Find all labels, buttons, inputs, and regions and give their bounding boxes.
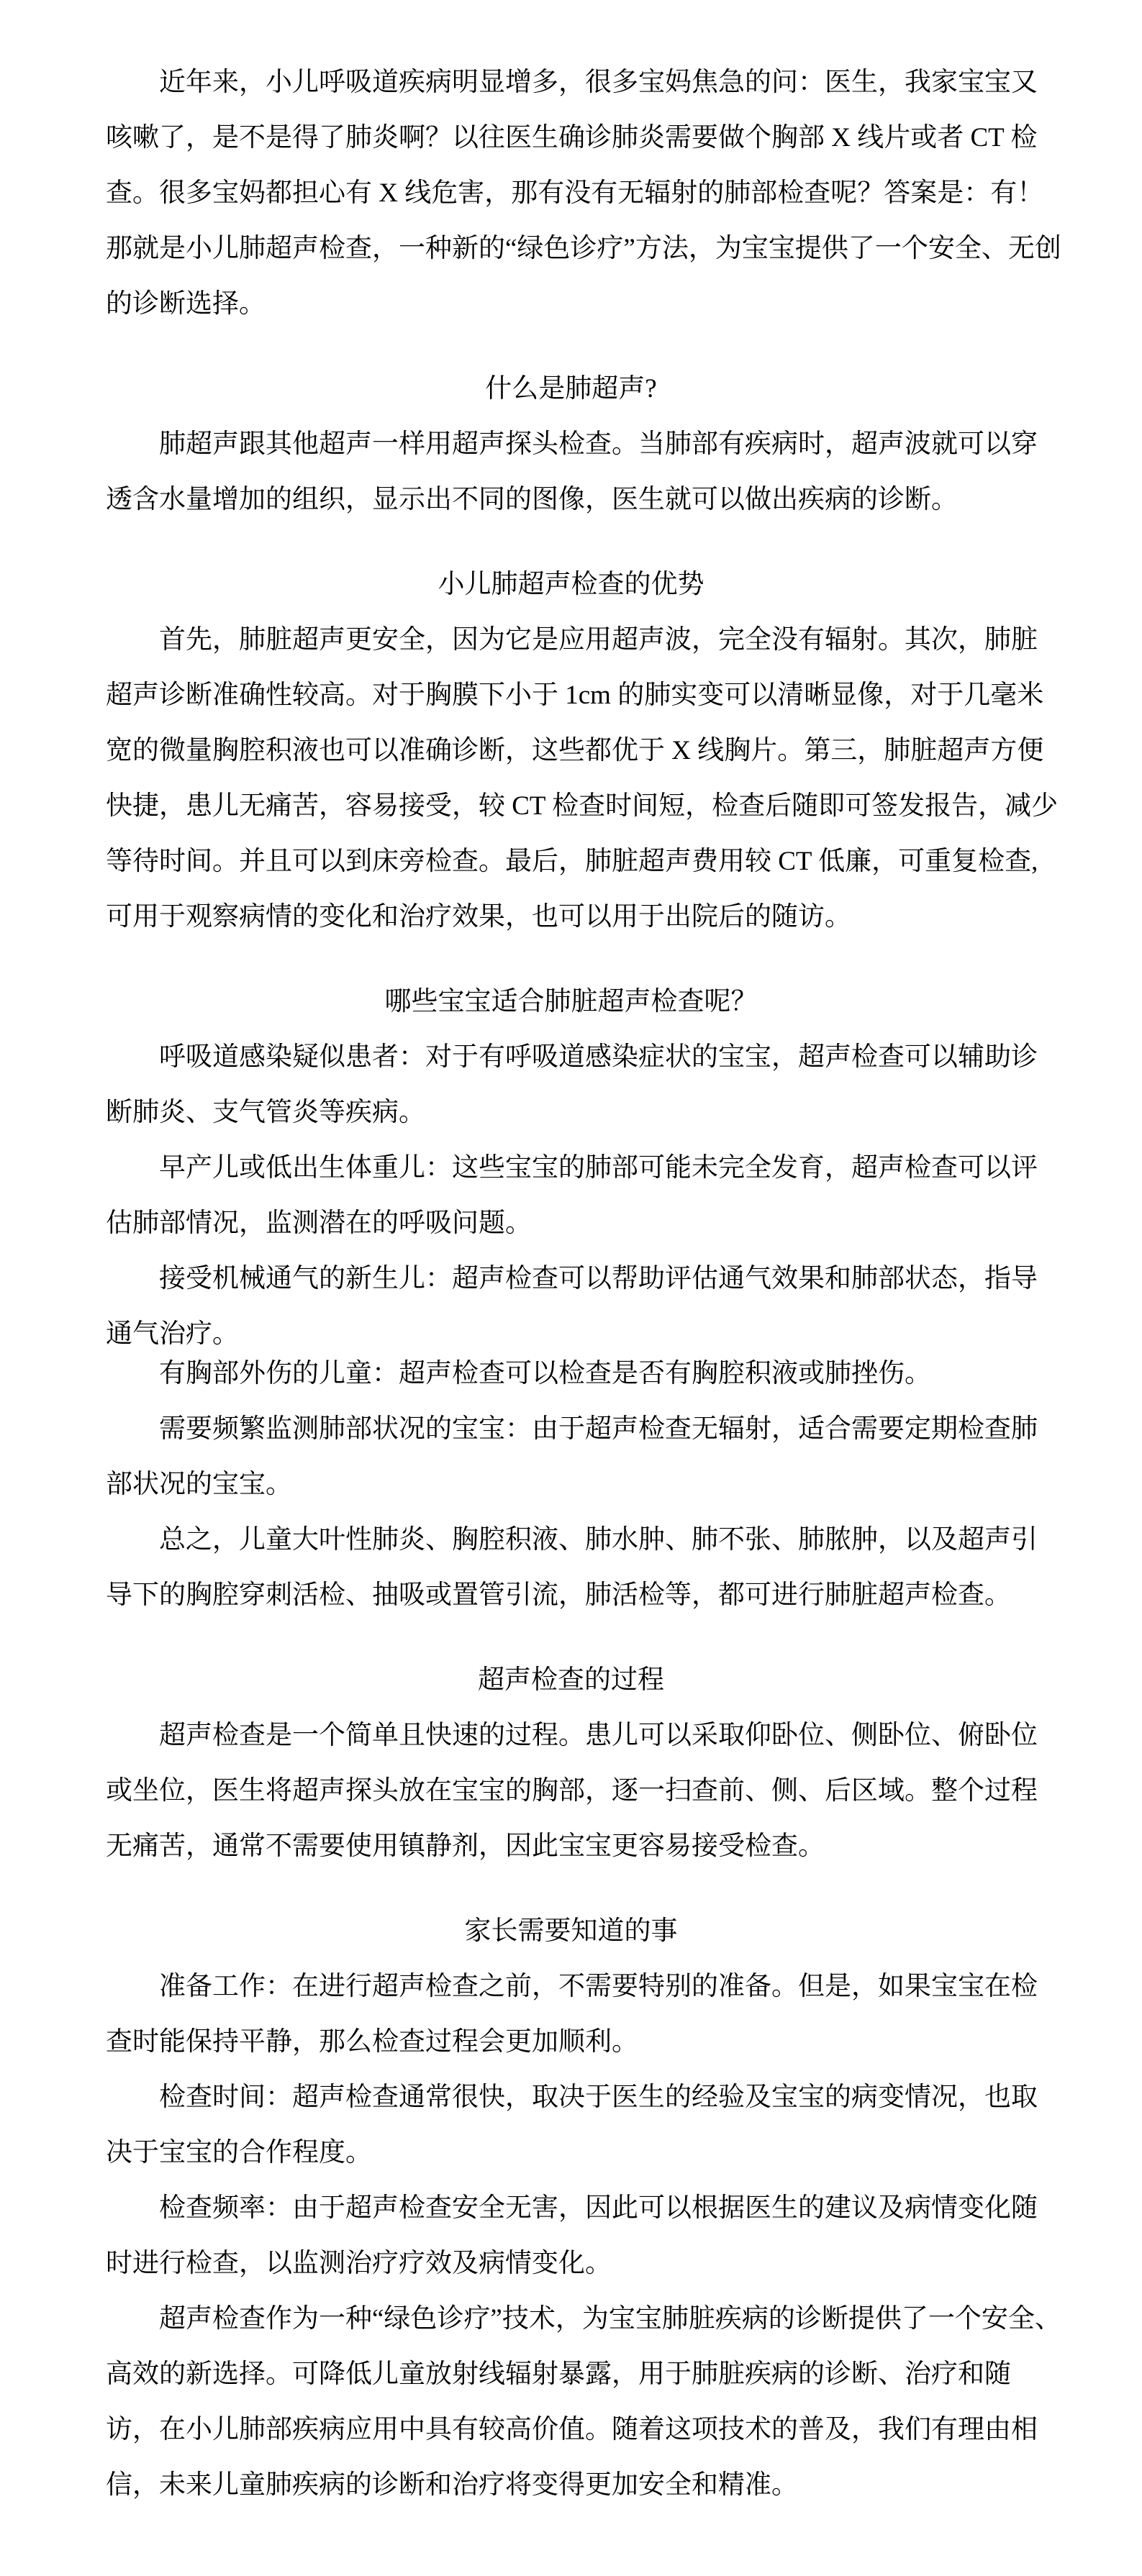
section-heading-what-is-lung-ultrasound: 什么是肺超声? (106, 361, 1036, 417)
body-paragraph: 超声检查是一个简单且快速的过程。患儿可以采取仰卧位、侧卧位、俯卧位或坐位，医生将… (106, 1708, 1063, 1874)
body-paragraph: 早产儿或低出生体重儿：这些宝宝的肺部可能未完全发育，超声检查可以评估肺部情况，监… (106, 1140, 1063, 1251)
body-paragraph: 有胸部外伤的儿童：超声检查可以检查是否有胸腔积液或肺挫伤。 (106, 1346, 1063, 1401)
body-paragraph: 超声检查作为一种“绿色诊疗”技术，为宝宝肺脏疾病的诊断提供了一个安全、高效的新选… (106, 2291, 1063, 2513)
body-paragraph: 首先，肺脏超声更安全，因为它是应用超声波，完全没有辐射。其次，肺脏超声诊断准确性… (106, 612, 1063, 945)
body-paragraph: 需要频繁监测肺部状况的宝宝：由于超声检查无辐射，适合需要定期检查肺部状况的宝宝。 (106, 1401, 1063, 1512)
body-paragraph: 检查频率：由于超声检查安全无害，因此可以根据医生的建议及病情变化随时进行检查，以… (106, 2180, 1063, 2291)
body-paragraph: 接受机械通气的新生儿：超声检查可以帮助评估通气效果和肺部状态，指导通气治疗。 (106, 1251, 1063, 1362)
section-heading-parents-should-know: 家长需要知道的事 (106, 1903, 1036, 1959)
body-paragraph: 呼吸道感染疑似患者：对于有呼吸道感染症状的宝宝，超声检查可以辅助诊断肺炎、支气管… (106, 1029, 1063, 1140)
intro-paragraph: 近年来，小儿呼吸道疾病明显增多，很多宝妈焦急的问：医生，我家宝宝又咳嗽了，是不是… (106, 55, 1063, 332)
document-page: 近年来，小儿呼吸道疾病明显增多，很多宝妈焦急的问：医生，我家宝宝又咳嗽了，是不是… (0, 0, 1142, 2576)
section-heading-advantages: 小儿肺超声检查的优势 (106, 557, 1036, 612)
section-heading-suitable-babies: 哪些宝宝适合肺脏超声检查呢？ (106, 974, 1036, 1029)
body-paragraph: 肺超声跟其他超声一样用超声探头检查。当肺部有疾病时，超声波就可以穿透含水量增加的… (106, 417, 1063, 527)
body-paragraph: 检查时间：超声检查通常很快，取决于医生的经验及宝宝的病变情况，也取决于宝宝的合作… (106, 2070, 1063, 2180)
section-heading-exam-process: 超声检查的过程 (106, 1652, 1036, 1708)
body-paragraph: 总之，儿童大叶性肺炎、胸腔积液、肺水肿、肺不张、肺脓肿，以及超声引导下的胸腔穿刺… (106, 1512, 1063, 1623)
body-paragraph: 准备工作：在进行超声检查之前，不需要特别的准备。但是，如果宝宝在检查时能保持平静… (106, 1959, 1063, 2070)
